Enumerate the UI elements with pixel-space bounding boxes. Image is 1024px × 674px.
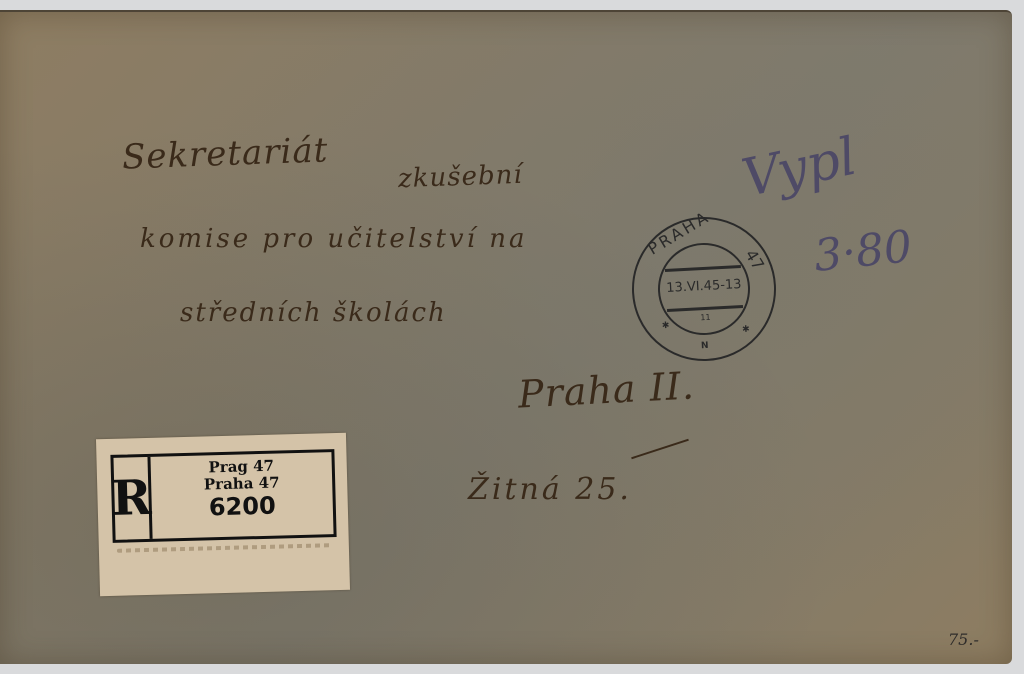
postmark-bar-top: [665, 265, 741, 272]
perforation: [117, 543, 331, 553]
address-street: Žitná 25.: [468, 472, 632, 507]
postmark-star-right-icon: ✱: [742, 325, 750, 335]
address-line-2: komise pro učitelství na: [140, 224, 527, 254]
address-line-3: středních školách: [180, 298, 447, 328]
registration-label: R Prag 47 Praha 47 6200: [96, 433, 350, 596]
address-city: Praha II.: [517, 363, 696, 416]
address-line-1a: Sekretariát: [121, 130, 329, 177]
address-line-1b: zkušební: [398, 160, 524, 194]
registration-frame: R Prag 47 Praha 47 6200: [110, 449, 336, 543]
postmark-inner-ring: 13.VI.45-13 11: [656, 241, 753, 338]
registration-text: Prag 47 Praha 47 6200: [151, 456, 334, 523]
postmark-letter: N: [701, 341, 709, 351]
postmark-star-left-icon: ✱: [662, 321, 670, 331]
envelope: Sekretariát zkušební komise pro učitelst…: [0, 10, 1012, 664]
postmark-sub-number: 11: [661, 311, 749, 325]
registration-letter: R: [113, 457, 152, 540]
postage-note-line-2: 3·80: [812, 221, 915, 282]
corner-note: 75.-: [948, 630, 979, 649]
city-underline: [631, 439, 689, 459]
postage-note-line-1: Vypl: [737, 127, 862, 210]
postmark: PRAHA 47 13.VI.45-13 11 ✱ ✱ N: [628, 213, 779, 364]
registration-number: 6200: [151, 490, 333, 523]
postmark-date: 13.VI.45-13: [660, 277, 749, 297]
